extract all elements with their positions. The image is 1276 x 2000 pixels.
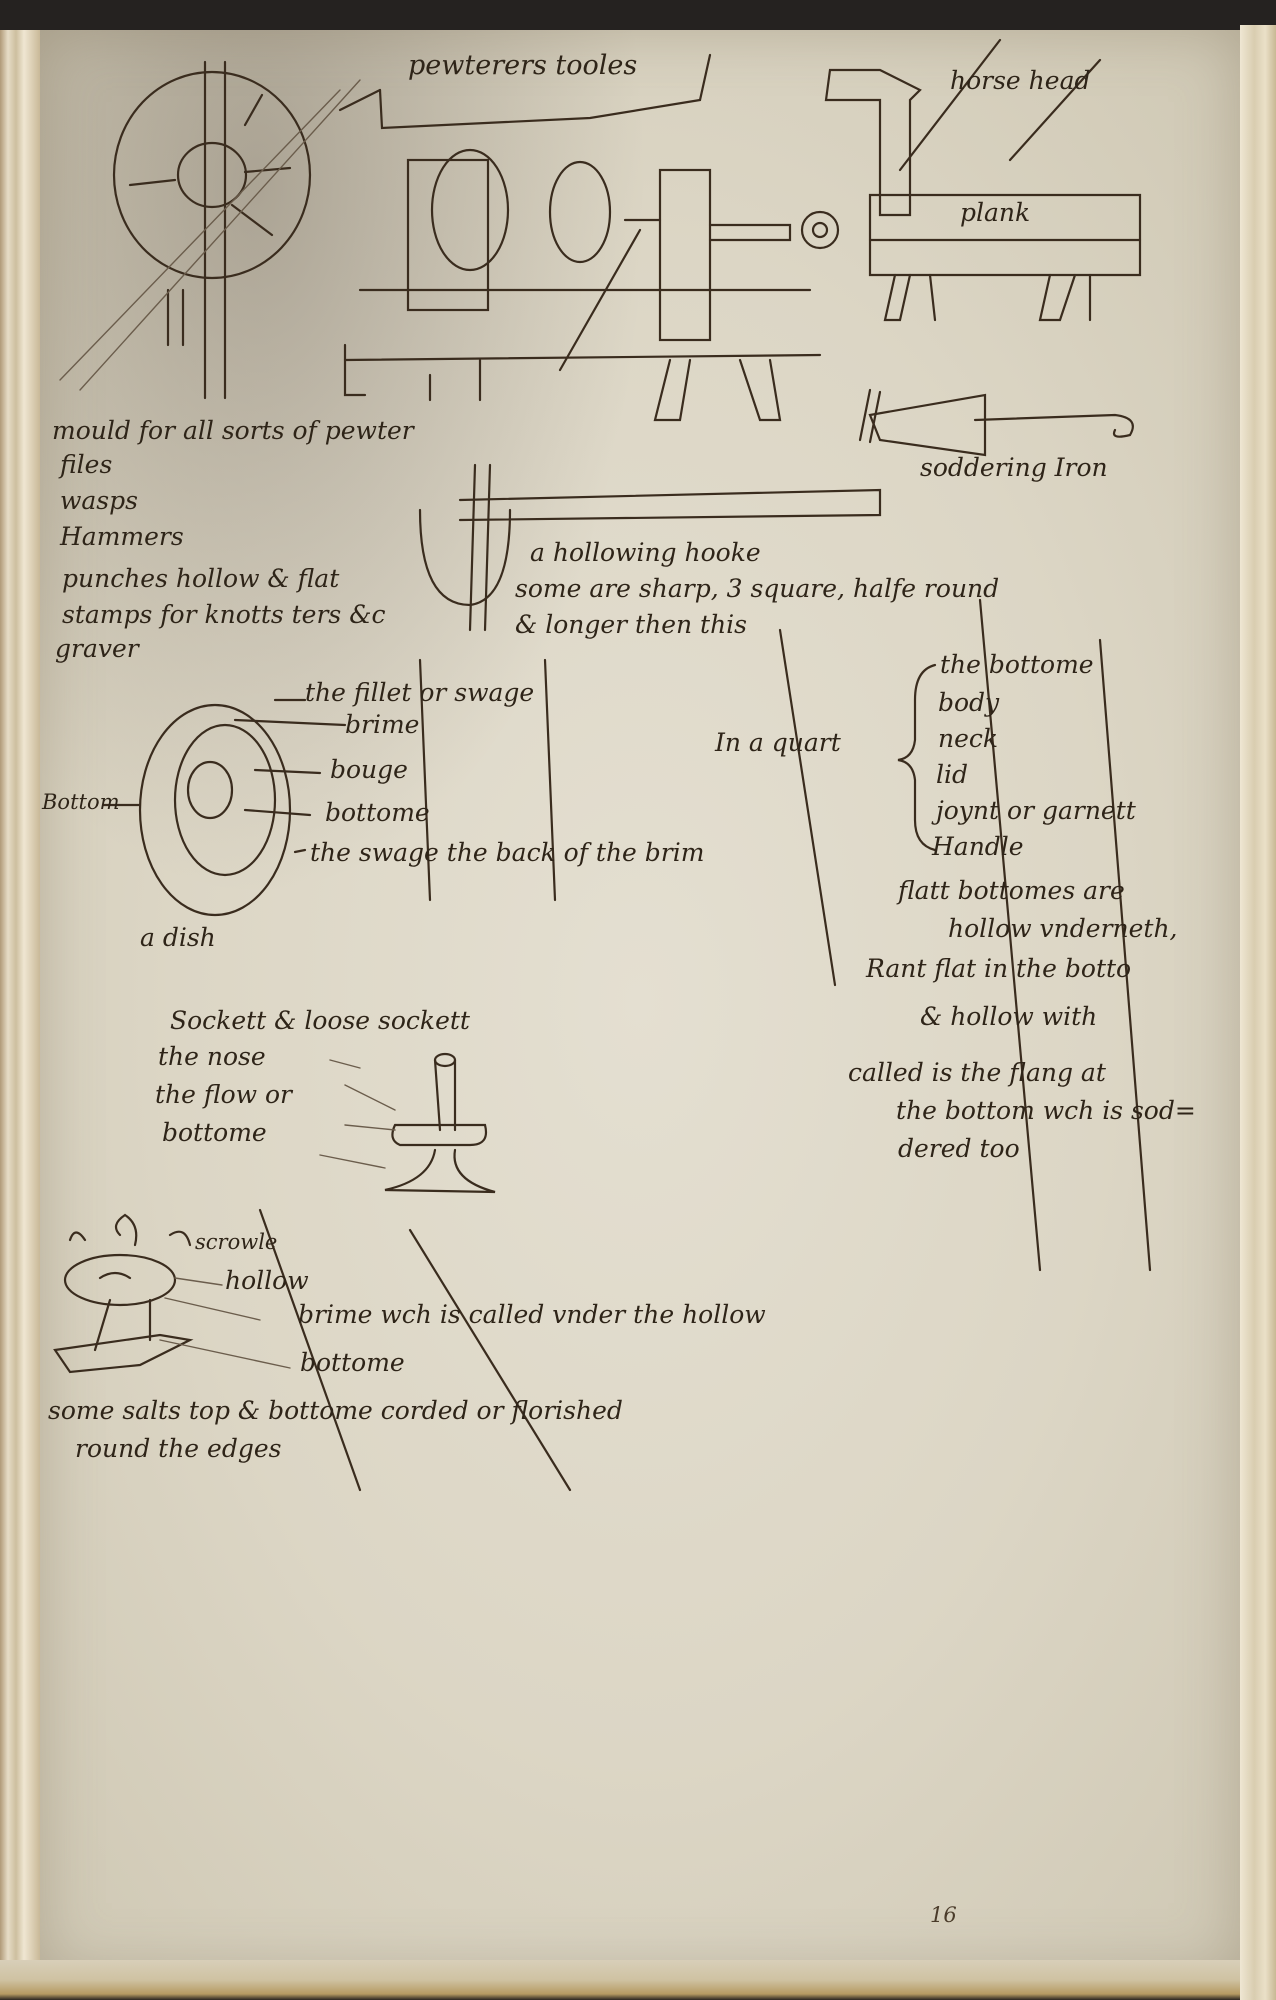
note-line: some are sharp, 3 square, halfe round bbox=[515, 576, 999, 601]
note-line: the bottom wch is sod= bbox=[896, 1098, 1196, 1123]
salt-part: scrowle bbox=[195, 1232, 277, 1253]
quart-part: the bottome bbox=[940, 652, 1094, 677]
candlestick-part: Sockett & loose sockett bbox=[170, 1008, 470, 1033]
tool-item: Hammers bbox=[60, 524, 184, 549]
salt-part: bottome bbox=[300, 1350, 405, 1375]
quart-part: neck bbox=[938, 726, 998, 751]
tool-item: punches hollow & flat bbox=[62, 566, 339, 591]
candlestick-part: the flow or bbox=[155, 1082, 292, 1107]
label-soddering-iron: soddering Iron bbox=[920, 455, 1108, 480]
note-line: a hollowing hooke bbox=[530, 540, 761, 565]
quart-part: lid bbox=[936, 762, 968, 787]
note-line: & longer then this bbox=[515, 612, 747, 637]
dish-part-label: bouge bbox=[330, 757, 408, 782]
page-heading: pewterers tooles bbox=[408, 52, 637, 79]
dish-part-label: brime bbox=[345, 712, 419, 737]
quart-part: body bbox=[938, 690, 999, 715]
dish-part-label: the swage the back of the brim bbox=[310, 840, 704, 865]
dish-part-label: bottome bbox=[325, 800, 430, 825]
scan-background-top bbox=[0, 0, 1276, 32]
note-line: called is the flang at bbox=[848, 1060, 1106, 1085]
tool-item: files bbox=[60, 452, 112, 477]
note-line: dered too bbox=[898, 1136, 1020, 1161]
label-horse-head: horse head bbox=[950, 68, 1090, 93]
tool-item: wasps bbox=[60, 488, 138, 513]
note-line: round the edges bbox=[75, 1436, 281, 1461]
note-line: flatt bottomes are bbox=[898, 878, 1125, 903]
label-in-a-quart: In a quart bbox=[715, 730, 841, 755]
margin-mark-bottom: 16 bbox=[930, 1905, 957, 1926]
label-a-dish: a dish bbox=[140, 925, 216, 950]
candlestick-part: the nose bbox=[158, 1044, 266, 1069]
tool-item: graver bbox=[55, 636, 139, 661]
tool-item: stamps for knotts ters &c bbox=[62, 602, 385, 627]
page-edge-bottom bbox=[0, 1960, 1240, 2000]
dish-part-label: the fillet or swage bbox=[305, 680, 534, 705]
salt-part: brime wch is called vnder the hollow bbox=[298, 1302, 766, 1327]
note-line: Rant flat in the botto bbox=[866, 956, 1131, 981]
quart-part: Handle bbox=[932, 834, 1024, 859]
tool-item: mould for all sorts of pewter bbox=[52, 418, 414, 443]
book-gutter-left bbox=[0, 30, 40, 1980]
candlestick-part: bottome bbox=[162, 1120, 267, 1145]
page-edges-right bbox=[1240, 25, 1276, 2000]
note-line: some salts top & bottome corded or flori… bbox=[48, 1398, 623, 1423]
note-line: hollow vnderneth, bbox=[948, 916, 1178, 941]
label-plank: plank bbox=[960, 200, 1030, 225]
quart-part: joynt or garnett bbox=[936, 798, 1136, 823]
salt-part: hollow bbox=[225, 1268, 309, 1293]
note-line: & hollow with bbox=[920, 1004, 1097, 1029]
label-bottom-margin: Bottom bbox=[42, 792, 120, 813]
